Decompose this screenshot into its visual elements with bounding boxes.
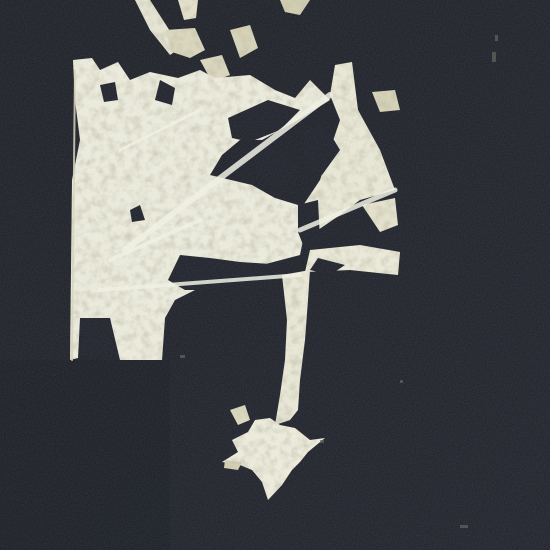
abstract-photo — [0, 0, 550, 550]
photo-frame: Pale cream, textured angular shapes (res… — [0, 0, 550, 550]
